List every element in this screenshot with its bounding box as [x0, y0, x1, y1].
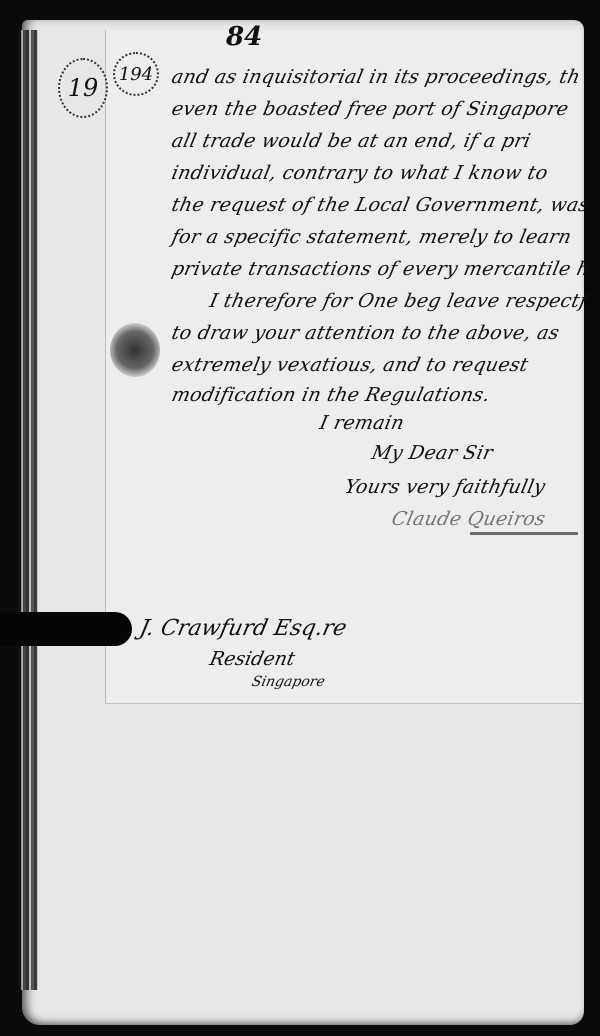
closing-valediction: Yours very faithfully	[343, 476, 548, 498]
body-line-10: extremely vexatious, and to request	[170, 354, 531, 376]
body-line-3: all trade would be at an end, if a pri	[170, 130, 533, 152]
addressee-name: J. Crawfurd Esq.re	[137, 616, 349, 641]
addressee-title: Resident	[208, 648, 297, 670]
body-line-1: and as inquisitorial in its proceedings,…	[170, 66, 583, 88]
body-line-9: to draw your attention to the above, as	[170, 322, 562, 344]
addressee-place: Singapore	[250, 674, 326, 690]
signature: Claude Queiros	[390, 508, 548, 530]
signature-underline	[470, 532, 578, 535]
book-spine-edge	[18, 30, 38, 990]
closing-salutation: My Dear Sir	[370, 442, 495, 464]
body-line-5: the request of the Local Government, was	[170, 194, 592, 216]
body-line-2: even the boasted free port of Singapore	[170, 98, 571, 120]
body-line-6: for a specific statement, merely to lear…	[170, 226, 574, 248]
archive-stamp-194: 194	[113, 52, 159, 96]
body-line-8: I therefore for One beg leave respectf	[208, 290, 590, 312]
body-line-7: private transactions of every mercantile…	[170, 258, 592, 280]
body-line-4: individual, contrary to what I know to	[170, 162, 550, 184]
closing-remain: I remain	[318, 412, 407, 434]
archive-stamp-19: 19	[58, 58, 108, 118]
folio-number: 84	[226, 22, 262, 52]
ink-seal-mark	[110, 323, 160, 377]
body-line-11: modification in the Regulations.	[170, 384, 493, 406]
thumb-shadow	[0, 612, 132, 646]
